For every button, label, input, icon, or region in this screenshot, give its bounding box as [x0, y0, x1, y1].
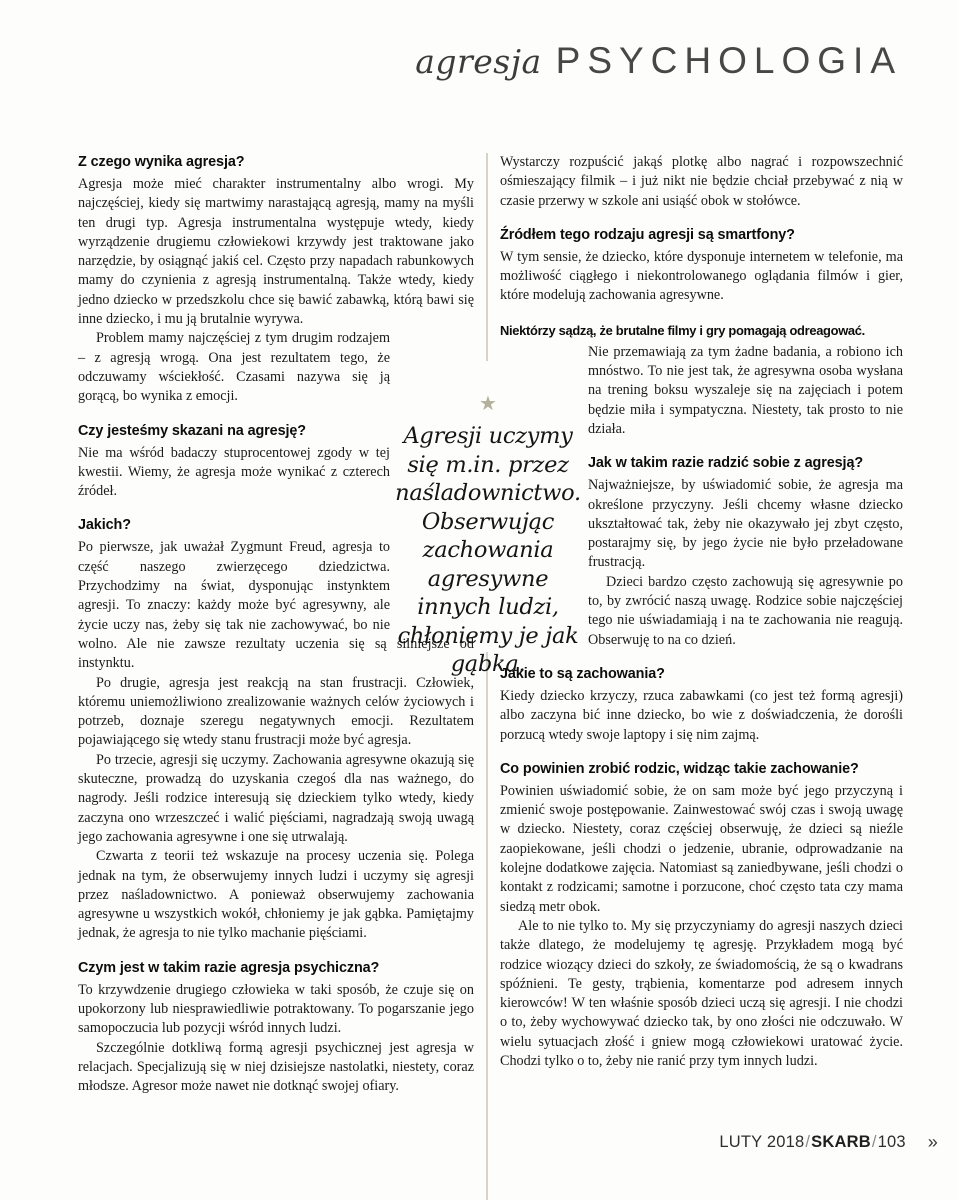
paragraph: Czwarta z teorii też wskazuje na procesy…	[78, 847, 474, 943]
question-heading: Czym jest w takim razie agresja psychicz…	[78, 959, 474, 978]
paragraph: Wystarczy rozpuścić jakąś plotkę albo na…	[500, 153, 903, 211]
footer-separator: /	[871, 1133, 878, 1152]
pull-quote-text: Agresji uczymy się m.in. przez naśladown…	[395, 422, 581, 679]
question-heading: Niektórzy sądzą, że brutalne filmy i gry…	[500, 321, 903, 340]
star-icon: ★	[395, 393, 581, 413]
pull-quote: ★ Agresji uczymy się m.in. przez naślado…	[395, 393, 581, 679]
paragraph: Kiedy dziecko krzyczy, rzuca zabawkami (…	[500, 687, 903, 745]
kicker-label: agresja	[415, 42, 541, 81]
section-title: PSYCHOLOGIA	[556, 40, 902, 82]
column-divider-top	[486, 153, 488, 361]
paragraph: Po drugie, agresja jest reakcją na stan …	[78, 674, 474, 751]
paragraph: Powinien uświadomić sobie, że on sam moż…	[500, 782, 903, 917]
page-header: agresja PSYCHOLOGIA	[415, 40, 902, 82]
paragraph: Ale to nie tylko to. My się przyczyniamy…	[500, 917, 903, 1071]
paragraph: Po trzecie, agresji się uczymy. Zachowan…	[78, 751, 474, 847]
double-chevron-icon: »	[928, 1132, 938, 1153]
paragraph: To krzywdzenie drugiego człowieka w taki…	[78, 981, 474, 1039]
footer-brand: SKARB	[811, 1133, 871, 1152]
paragraph: W tym sensie, że dziecko, które dysponuj…	[500, 248, 903, 306]
footer-issue: LUTY 2018	[719, 1133, 804, 1152]
page-footer: LUTY 2018/SKARB/103 »	[719, 1132, 938, 1153]
question-heading: Źródłem tego rodzaju agresji są smartfon…	[500, 226, 903, 245]
footer-separator: /	[804, 1133, 811, 1152]
column-divider-bottom	[486, 652, 488, 1200]
footer-page-number: 103	[878, 1133, 906, 1152]
question-heading: Co powinien zrobić rodzic, widząc takie …	[500, 760, 903, 779]
paragraph: Agresja może mieć charakter instrumental…	[78, 175, 474, 329]
paragraph: Szczególnie dotkliwą formą agresji psych…	[78, 1039, 474, 1097]
question-heading: Z czego wynika agresja?	[78, 153, 474, 172]
magazine-page: agresja PSYCHOLOGIA Z czego wynika agres…	[0, 0, 958, 1200]
